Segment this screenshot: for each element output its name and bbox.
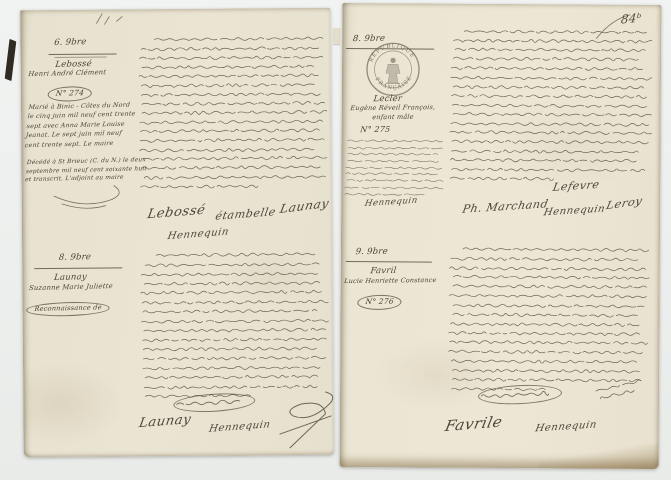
handwritten-margin-annotation <box>343 137 443 198</box>
act-number-oval: N° 274 <box>47 86 93 102</box>
register-right-page: 84ᵇ 8. 9bre RÉPUBLIQUE FRANÇAISE Lecler … <box>340 3 662 469</box>
page-fold-shadow <box>539 442 659 469</box>
signature: Leroy <box>605 194 644 212</box>
margin-underline <box>346 261 432 263</box>
margin-underline <box>34 267 122 269</box>
act-date: 6. 9bre <box>54 36 87 49</box>
act-number-oval: N° 276 <box>357 295 403 310</box>
marriage-margin-note: Marié à Binic - Côtes du Nord le cinq ju… <box>24 100 147 150</box>
signature: Hennequin <box>543 204 606 219</box>
paraph-scribble <box>481 386 550 402</box>
signature: Lebossé <box>146 203 206 222</box>
act-given-names: Suzanne Marie Juliette <box>28 282 113 294</box>
gutter-paper-fragment <box>333 28 340 44</box>
act-type-note: Reconnaissance de <box>25 296 108 317</box>
signature: Ph. Marchand <box>461 197 549 215</box>
signature: Lefevre <box>552 178 601 194</box>
binding-edge-mark <box>5 39 17 81</box>
signature-flourish <box>275 386 338 452</box>
register-left-page: 6. 9bre Lebossé Henri André Clément N° 2… <box>20 8 334 457</box>
act-type-oval: Reconnaissance de <box>26 301 111 317</box>
act-given-names: Eugène Réveil François, <box>350 103 436 113</box>
act-date: 9. 9bre <box>355 246 389 259</box>
signature: Launay <box>279 196 331 216</box>
republique-francaise-stamp: RÉPUBLIQUE FRANÇAISE <box>362 39 424 99</box>
act-number: N° 274 <box>47 81 91 102</box>
handwritten-act-body <box>140 249 329 402</box>
act-number: N° 276 <box>357 289 401 310</box>
handwritten-act-body <box>448 244 651 397</box>
signature: Launay <box>138 412 193 431</box>
signature: étambelle <box>214 205 277 223</box>
signature: Favrile <box>443 413 504 435</box>
paraph-scribble <box>176 394 243 410</box>
act-given-names: Lucie Henriette Constance <box>344 276 437 286</box>
pen-tick-marks <box>92 11 132 27</box>
signature: Hennequin <box>208 419 271 435</box>
act-number: N° 275 <box>360 124 391 136</box>
handwritten-act-body <box>449 26 652 187</box>
stamp-crest-figure <box>386 58 400 83</box>
death-note-flourish <box>52 177 132 212</box>
signature: Hennequin <box>167 226 230 242</box>
signature: Hennequin <box>534 420 597 435</box>
scanned-register-spread: { "document_kind": "registre d'état civi… <box>0 0 671 480</box>
signature: Hennequin <box>364 196 419 209</box>
act-given-names: Henri André Clément <box>28 68 107 80</box>
handwritten-act-body <box>138 33 327 194</box>
act-person-detail: enfant mâle <box>372 113 414 123</box>
margin-underline <box>49 53 117 55</box>
act-date: 8. 9bre <box>58 251 91 264</box>
